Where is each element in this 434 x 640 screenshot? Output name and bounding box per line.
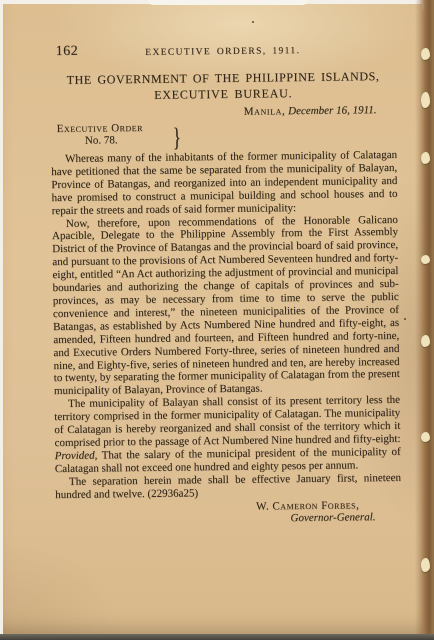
page-content: 162 EXECUTIVE ORDERS, 1911. THE GOVERNME… [50,38,402,528]
tear-fleck [421,255,430,264]
tear-fleck [421,432,430,442]
paper-speck [404,318,406,320]
tear-fleck [421,558,430,572]
running-head: EXECUTIVE ORDERS, 1911. [50,45,396,59]
tear-fleck [421,48,430,60]
text-run: That the salary of the municipal preside… [55,446,401,475]
text-run: Provided, [55,449,98,462]
order-body: Whereas many of the inhabitants of the f… [51,149,401,502]
text-run: The separation herein made shall be effe… [55,472,401,501]
scan-bottom-edge [0,634,434,640]
masthead: 162 EXECUTIVE ORDERS, 1911. [50,38,396,64]
order-caption: Executive Order No. 78. } [51,119,397,150]
paragraph-now-therefore: Now, therefore, upon recommendations of … [52,213,400,398]
order-number: No. 78. [85,134,118,146]
paragraph-whereas: Whereas many of the inhabitants of the f… [51,149,398,218]
dateline-date: December 16, 1911. [288,104,377,117]
order-label: Executive Order [57,122,143,135]
torn-page-edge [415,0,434,634]
text-run: Whereas many of the inhabitants of the f… [51,149,397,217]
scanned-document-page: 162 EXECUTIVE ORDERS, 1911. THE GOVERNME… [0,0,434,640]
paragraph-territory: The municipality of Balayan shall consis… [54,394,401,476]
dateline-place: Manila, [244,105,286,118]
dateline: Manila, December 16, 1911. [50,104,396,120]
tear-fleck [421,92,430,108]
text-run: The municipality of Balayan shall consis… [54,394,400,449]
paragraph-effectivity: The separation herein made shall be effe… [55,472,401,502]
tear-fleck [421,335,430,347]
paper-speck [252,21,254,23]
text-run: Now, therefore, upon recommendations of … [52,213,400,397]
document-title-line-2: EXECUTIVE BUREAU. [50,85,396,104]
brace-glyph: } [173,123,182,154]
tear-fleck [421,152,430,164]
scan-edge-sliver [148,0,308,5]
